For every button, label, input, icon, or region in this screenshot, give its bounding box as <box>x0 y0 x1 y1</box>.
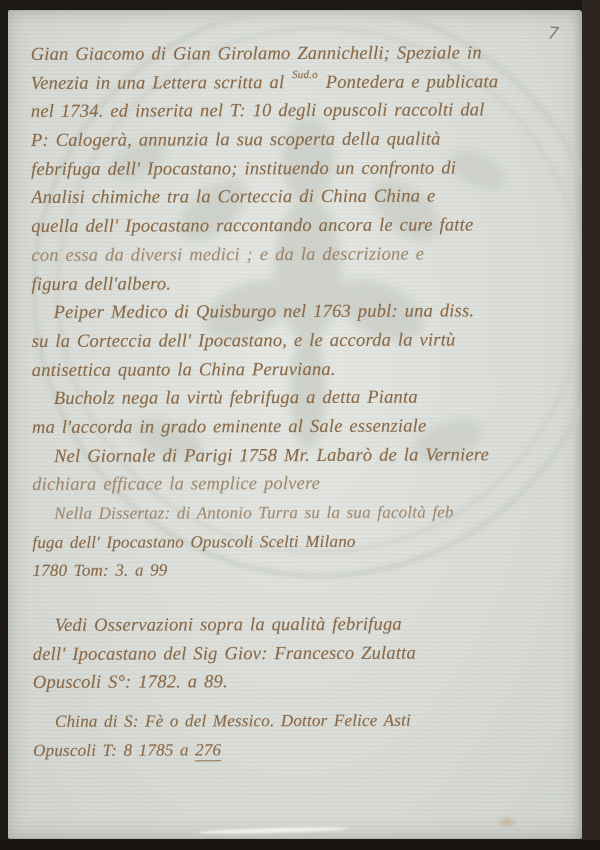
manuscript-line: Analisi chimiche tra la Corteccia di Chi… <box>31 182 582 213</box>
manuscript-line: dell' Ipocastano del Sig Giov: Francesco… <box>33 639 582 670</box>
manuscript-line: 1780 Tom: 3. a 99 <box>32 555 582 586</box>
manuscript-line: P: Calogerà, annunzia la sua scoperta de… <box>31 125 582 156</box>
manuscript-line: Peiper Medico di Quisburgo nel 1763 publ… <box>32 297 582 328</box>
manuscript-line: Opuscoli S°: 1782. a 89. <box>33 667 582 698</box>
manuscript-line: quella dell' Ipocastano raccontando anco… <box>31 211 582 242</box>
manuscript-line: Opuscoli T: 8 1785 a 276 <box>33 735 582 766</box>
manuscript-line: nel 1734. ed inserita nel T: 10 degli op… <box>31 96 582 127</box>
manuscript-line: China di S: Fè o del Messico. Dottor Fel… <box>33 706 582 737</box>
paper-fold-highlight <box>198 826 348 835</box>
manuscript-line: Gian Giacomo di Gian Girolamo Zannichell… <box>31 39 582 70</box>
manuscript-page: 7 Gian Giacomo di Gian Girolamo Zanniche… <box>8 10 582 839</box>
manuscript-line: Vedi Osservazioni sopra la qualità febri… <box>33 610 582 641</box>
manuscript-line: antisettica quanto la China Peruviana. <box>32 355 582 386</box>
manuscript-line: con essa da diversi medici ; e da la des… <box>31 240 582 271</box>
manuscript-line: Bucholz nega la virtù febrifuga a detta … <box>32 383 582 414</box>
manuscript-line: figura dell'albero. <box>31 269 582 300</box>
scan-border-bottom <box>0 840 600 850</box>
manuscript-line: fuga dell' Ipocastano Opuscoli Scelti Mi… <box>32 527 582 558</box>
paper-stain <box>496 815 518 829</box>
manuscript-line: dichiara efficace la semplice polvere <box>32 469 582 500</box>
manuscript-line: ma l'accorda in grado eminente al Sale e… <box>32 412 582 443</box>
underlined-reference-number: 276 <box>195 740 221 761</box>
manuscript-line: su la Corteccia dell' Ipocastano, e le a… <box>32 326 582 357</box>
manuscript-text: Gian Giacomo di Gian Girolamo Zannichell… <box>31 39 582 821</box>
manuscript-line: Nella Dissertaz: di Antonio Turra su la … <box>32 498 582 529</box>
scan-border-right <box>582 0 600 850</box>
manuscript-line: Nel Giornale di Parigi 1758 Mr. Labarò d… <box>32 441 582 472</box>
manuscript-line: febrifuga dell' Ipocastano; instituendo … <box>31 154 582 185</box>
manuscript-line: Venezia in una Lettera scritta al Sud.o … <box>31 68 582 99</box>
